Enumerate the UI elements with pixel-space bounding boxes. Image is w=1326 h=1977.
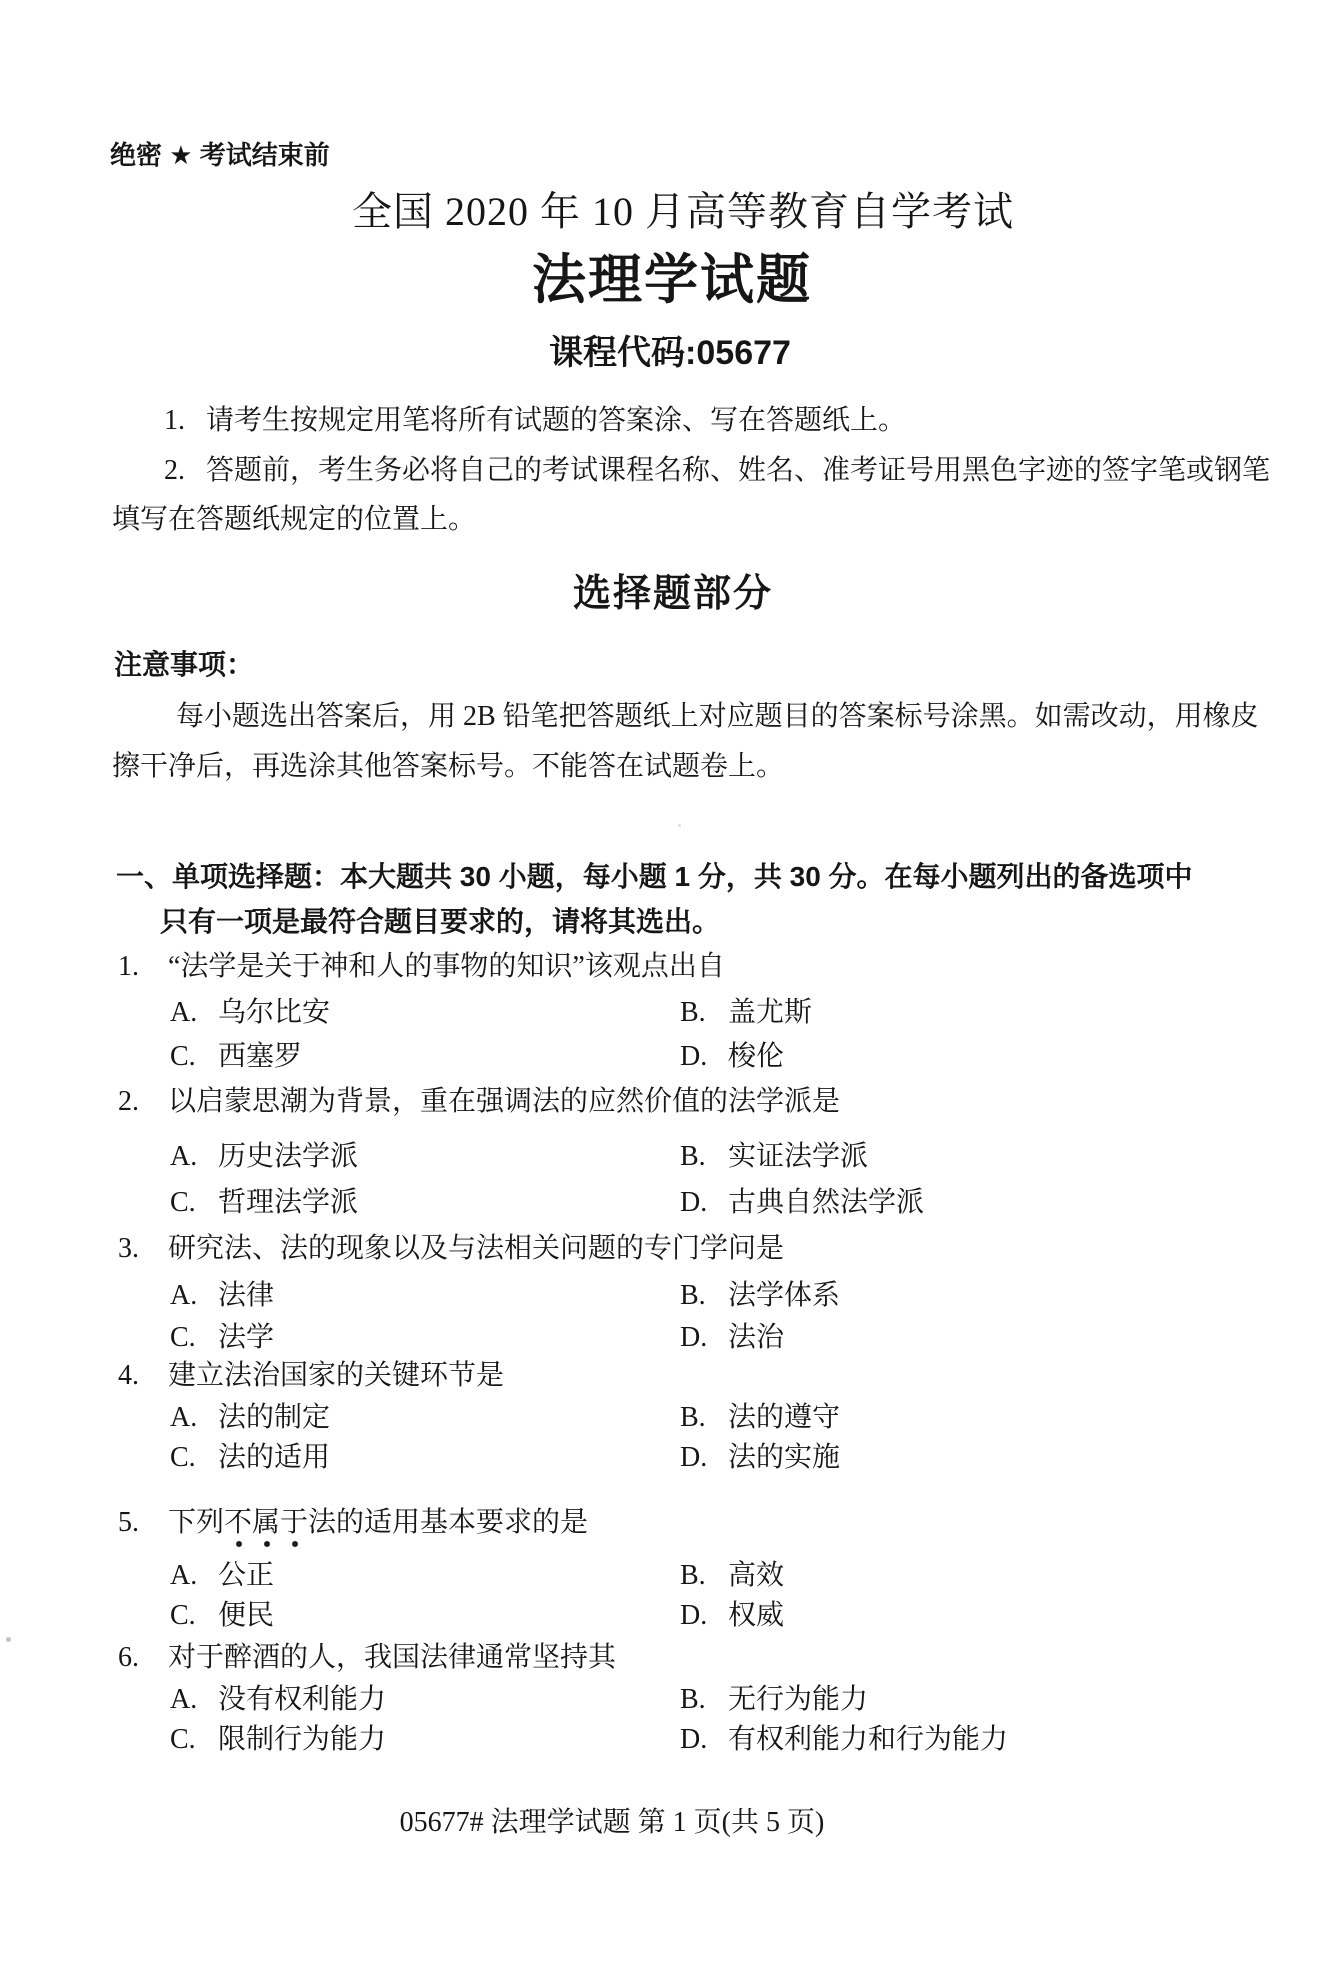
question-6-options-row-1: A.没有权利能力 B.无行为能力 [0, 1683, 1326, 1723]
scan-speck [6, 1637, 11, 1642]
question-6-option-c: C.限制行为能力 [170, 1723, 386, 1757]
question-1-option-b: B.盖尤斯 [680, 996, 812, 1030]
option-letter: D. [680, 1599, 728, 1633]
question-4-options-row-2: C.法的适用 D.法的实施 [0, 1441, 1326, 1481]
page-footer: 05677# 法理学试题 第 1 页(共 5 页) [0, 1806, 1275, 1840]
question-2-option-a: A.历史法学派 [170, 1140, 358, 1174]
question-6-option-d: D.有权利能力和行为能力 [680, 1723, 1008, 1757]
option-text: 法的适用 [218, 1442, 330, 1473]
question-6-options-row-2: C.限制行为能力 D.有权利能力和行为能力 [0, 1723, 1326, 1763]
question-5-options-row-1: A.公正 B.高效 [0, 1559, 1326, 1599]
question-5-option-c: C.便民 [170, 1599, 274, 1633]
question-5-text-part1: 下列 [168, 1507, 224, 1538]
question-4-number: 4. [118, 1359, 168, 1393]
option-letter: D. [680, 1321, 728, 1355]
question-4-option-d: D.法的实施 [680, 1441, 840, 1475]
option-letter: A. [170, 1683, 218, 1717]
option-letter: A. [170, 1559, 218, 1593]
question-1-option-d: D.梭伦 [680, 1040, 784, 1074]
question-6-option-a: A.没有权利能力 [170, 1683, 386, 1717]
part1-heading-line-1: 一、单项选择题：本大题共 30 小题，每小题 1 分，共 30 分。在每小题列出… [116, 860, 1193, 894]
question-2-option-b: B.实证法学派 [680, 1140, 868, 1174]
option-letter: A. [170, 996, 218, 1030]
option-letter: D. [680, 1040, 728, 1074]
question-2-number: 2. [118, 1085, 168, 1119]
option-letter: B. [680, 1683, 728, 1717]
option-text: 梭伦 [728, 1041, 784, 1072]
instruction-1-number: 1. [164, 404, 206, 438]
scan-speck [678, 824, 681, 827]
question-4-text: 建立法治国家的关键环节是 [168, 1360, 504, 1391]
option-text: 没有权利能力 [218, 1684, 386, 1715]
option-letter: C. [170, 1599, 218, 1633]
part1-heading-line-2: 只有一项是最符合题目要求的，请将其选出。 [160, 905, 720, 939]
question-3-option-c: C.法学 [170, 1321, 274, 1355]
question-6-number: 6. [118, 1641, 168, 1675]
option-letter: D. [680, 1723, 728, 1757]
question-3-option-d: D.法治 [680, 1321, 784, 1355]
option-text: 西塞罗 [218, 1041, 302, 1072]
option-letter: A. [170, 1279, 218, 1313]
option-text: 无行为能力 [728, 1684, 868, 1715]
option-text: 权威 [728, 1600, 784, 1631]
question-5-option-d: D.权威 [680, 1599, 784, 1633]
question-4-option-a: A.法的制定 [170, 1401, 330, 1435]
question-4-options-row-1: A.法的制定 B.法的遵守 [0, 1401, 1326, 1441]
option-text: 有权利能力和行为能力 [728, 1724, 1008, 1755]
instruction-item-2-continued: 填写在答题纸规定的位置上。 [112, 503, 476, 537]
question-5-text-emphasized: 不属于 [224, 1506, 308, 1540]
option-text: 盖尤斯 [728, 997, 812, 1028]
option-text: 高效 [728, 1560, 784, 1591]
option-text: 古典自然法学派 [728, 1187, 924, 1218]
question-5-text-part3: 法的适用基本要求的是 [308, 1507, 588, 1538]
notice-text-line-1: 每小题选出答案后，用 2B 铅笔把答题纸上对应题目的答案标号涂黑。如需改动，用橡… [176, 700, 1259, 734]
option-text: 法的遵守 [728, 1402, 840, 1433]
option-text: 哲理法学派 [218, 1187, 358, 1218]
option-text: 法治 [728, 1322, 784, 1353]
instruction-item-2: 2.答题前，考生务必将自己的考试课程名称、姓名、准考证号用黑色字迹的签字笔或钢笔 [164, 454, 1270, 488]
question-1-options-row-1: A.乌尔比安 B.盖尤斯 [0, 996, 1326, 1036]
option-text: 实证法学派 [728, 1141, 868, 1172]
question-4-option-b: B.法的遵守 [680, 1401, 840, 1435]
question-6-option-b: B.无行为能力 [680, 1683, 868, 1717]
option-letter: B. [680, 1559, 728, 1593]
question-1-option-a: A.乌尔比安 [170, 996, 330, 1030]
question-2-option-c: C.哲理法学派 [170, 1186, 358, 1220]
option-letter: B. [680, 996, 728, 1030]
question-1-text: “法学是关于神和人的事物的知识”该观点出自 [168, 951, 725, 982]
notice-heading: 注意事项： [114, 648, 254, 682]
option-text: 历史法学派 [218, 1141, 358, 1172]
question-5-options-row-2: C.便民 D.权威 [0, 1599, 1326, 1639]
instruction-2-text: 答题前，考生务必将自己的考试课程名称、姓名、准考证号用黑色字迹的签字笔或钢笔 [206, 455, 1270, 486]
question-3-options-row-1: A.法律 B.法学体系 [0, 1279, 1326, 1319]
option-letter: B. [680, 1401, 728, 1435]
question-3-text: 研究法、法的现象以及与法相关问题的专门学问是 [168, 1233, 784, 1264]
secrecy-notice: 绝密 ★ 考试结束前 [110, 140, 330, 171]
question-3-stem: 3.研究法、法的现象以及与法相关问题的专门学问是 [118, 1232, 784, 1266]
question-2-options-row-1: A.历史法学派 B.实证法学派 [0, 1140, 1326, 1180]
question-3-option-a: A.法律 [170, 1279, 274, 1313]
exam-paper-page: 绝密 ★ 考试结束前 全国 2020 年 10 月高等教育自学考试 法理学试题 … [0, 0, 1326, 1977]
option-letter: B. [680, 1279, 728, 1313]
option-text: 法律 [218, 1280, 274, 1311]
question-1-option-c: C.西塞罗 [170, 1040, 302, 1074]
option-text: 法的制定 [218, 1402, 330, 1433]
question-6-stem: 6.对于醉酒的人，我国法律通常坚持其 [118, 1641, 616, 1675]
option-letter: B. [680, 1140, 728, 1174]
question-5-number: 5. [118, 1506, 168, 1540]
instruction-item-1: 1.请考生按规定用笔将所有试题的答案涂、写在答题纸上。 [164, 404, 906, 438]
question-2-option-d: D.古典自然法学派 [680, 1186, 924, 1220]
option-letter: C. [170, 1186, 218, 1220]
question-2-options-row-2: C.哲理法学派 D.古典自然法学派 [0, 1186, 1326, 1226]
option-letter: A. [170, 1140, 218, 1174]
option-text: 法学 [218, 1322, 274, 1353]
option-letter: C. [170, 1040, 218, 1074]
option-text: 乌尔比安 [218, 997, 330, 1028]
question-6-text: 对于醉酒的人，我国法律通常坚持其 [168, 1642, 616, 1673]
option-text: 便民 [218, 1600, 274, 1631]
question-5-option-a: A.公正 [170, 1559, 274, 1593]
section-title: 选择题部分 [10, 572, 1326, 618]
question-5-stem: 5.下列不属于法的适用基本要求的是 [118, 1506, 588, 1540]
question-3-number: 3. [118, 1232, 168, 1266]
question-1-number: 1. [118, 950, 168, 984]
question-4-option-c: C.法的适用 [170, 1441, 330, 1475]
option-letter: C. [170, 1441, 218, 1475]
option-text: 法学体系 [728, 1280, 840, 1311]
exam-title: 全国 2020 年 10 月高等教育自学考试 [20, 188, 1326, 236]
question-1-options-row-2: C.西塞罗 D.梭伦 [0, 1040, 1326, 1080]
question-3-options-row-2: C.法学 D.法治 [0, 1321, 1326, 1361]
instruction-1-text: 请考生按规定用笔将所有试题的答案涂、写在答题纸上。 [206, 405, 906, 436]
question-2-text: 以启蒙思潮为背景，重在强调法的应然价值的法学派是 [168, 1086, 840, 1117]
option-text: 公正 [218, 1560, 274, 1591]
question-2-stem: 2.以启蒙思潮为背景，重在强调法的应然价值的法学派是 [118, 1085, 840, 1119]
option-text: 限制行为能力 [218, 1724, 386, 1755]
option-letter: D. [680, 1186, 728, 1220]
option-letter: C. [170, 1723, 218, 1757]
option-letter: D. [680, 1441, 728, 1475]
paper-title: 法理学试题 [9, 248, 1326, 313]
instruction-2-number: 2. [164, 454, 206, 488]
question-1-stem: 1.“法学是关于神和人的事物的知识”该观点出自 [118, 950, 725, 984]
notice-text-line-2: 擦干净后，再选涂其他答案标号。不能答在试题卷上。 [112, 750, 784, 784]
option-letter: C. [170, 1321, 218, 1355]
question-3-option-b: B.法学体系 [680, 1279, 840, 1313]
option-letter: A. [170, 1401, 218, 1435]
option-text: 法的实施 [728, 1442, 840, 1473]
course-code: 课程代码:05677 [7, 333, 1326, 374]
question-4-stem: 4.建立法治国家的关键环节是 [118, 1359, 504, 1393]
question-5-option-b: B.高效 [680, 1559, 784, 1593]
